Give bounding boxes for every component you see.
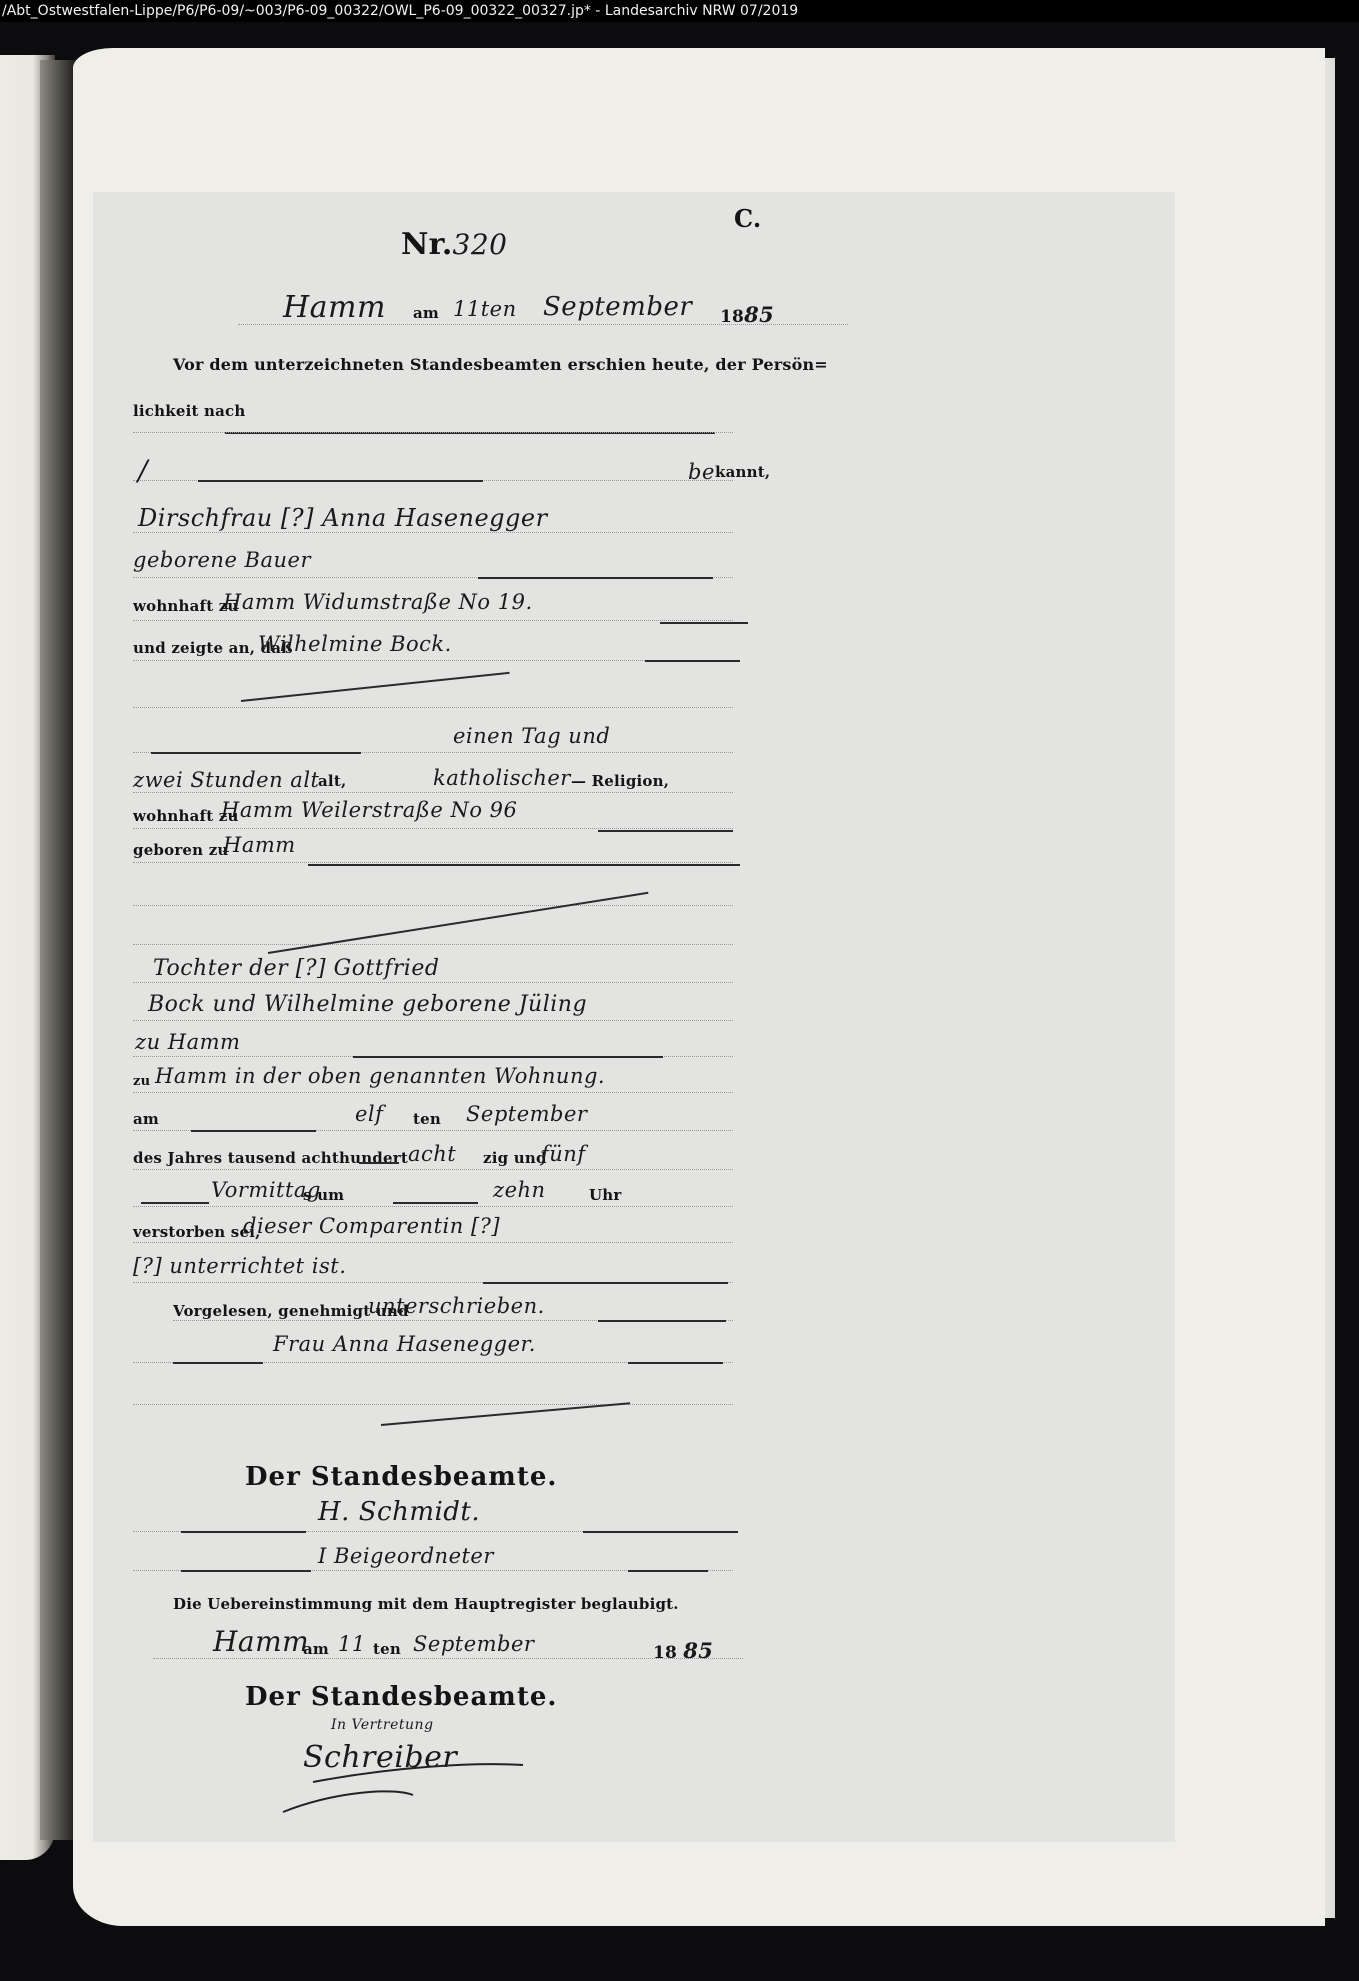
cert-day: 11 — [338, 1632, 366, 1656]
blank-rule — [141, 1202, 209, 1204]
religion-label: — Religion, — [571, 772, 669, 790]
registrar-title: I Beigeordneter — [318, 1544, 494, 1568]
window-title-bar: /Abt_Ostwestfalen-Lippe/P6/P6-09/~003/P6… — [0, 0, 1359, 22]
born-value: Hamm — [223, 833, 296, 857]
informant-line-2: geborene Bauer — [133, 548, 311, 572]
time-s-um: s um — [303, 1186, 344, 1204]
year-label: des Jahres tausend achthundert — [133, 1149, 408, 1167]
informant-signature: Frau Anna Hasenegger. — [273, 1332, 536, 1356]
blank-rule — [478, 577, 713, 579]
informant-line-1: Dirschfrau [?] Anna Hasenegger — [138, 504, 548, 532]
intro-line-2-label: lichkeit nach — [133, 402, 246, 420]
blank-rule — [393, 1202, 478, 1204]
cert-month: September — [413, 1632, 534, 1656]
dotted-line — [133, 792, 733, 793]
blank-rule — [151, 752, 361, 754]
date-month-hand: September — [466, 1102, 587, 1126]
blank-rule — [359, 1162, 399, 1164]
religion-hand: katholischer — [433, 766, 571, 790]
dotted-line — [133, 1242, 733, 1243]
record-number: Nr.320 — [401, 227, 507, 262]
blank-rule — [598, 1320, 726, 1322]
age-print: alt, — [318, 772, 346, 790]
dotted-line — [133, 1404, 733, 1405]
window-title: /Abt_Ostwestfalen-Lippe/P6/P6-09/~003/P6… — [2, 3, 798, 19]
am-label: am — [413, 304, 439, 322]
blank-rule — [645, 660, 740, 662]
dotted-line — [133, 660, 733, 661]
year-prefix: 18 — [720, 307, 744, 327]
place-of-death-value: Hamm in der oben genannten Wohnung. — [155, 1064, 605, 1088]
parents-line-2: Bock und Wilhelmine geborene Jüling — [148, 992, 587, 1017]
cert-year-hand: 85 — [683, 1638, 713, 1663]
dotted-line — [133, 532, 733, 533]
dotted-line — [133, 828, 733, 829]
dotted-line — [133, 982, 733, 983]
year-hand: 85 — [744, 302, 774, 327]
blank-rule — [483, 1282, 728, 1284]
read-hand: unterschrieben. — [368, 1294, 545, 1318]
time-hour-hand: zehn — [493, 1178, 546, 1202]
intro-line-1: Vor dem unterzeichneten Standesbeamten e… — [173, 355, 828, 374]
blank-rule — [583, 1531, 738, 1533]
date-am-label: am — [133, 1110, 159, 1128]
bekannt-hand: be — [688, 460, 715, 484]
cert-note: In Vertretung — [331, 1717, 434, 1733]
month-hand: September — [543, 292, 692, 322]
blank-rule — [198, 480, 483, 482]
registrar-heading: Der Standesbeamte. — [245, 1462, 557, 1492]
age-line-2: zwei Stunden alt — [133, 768, 319, 792]
signature-flourish-icon — [273, 1757, 533, 1817]
parents-line-1: Tochter der [?] Gottfried — [153, 956, 439, 981]
dotted-line — [133, 707, 733, 708]
blank-rule — [598, 830, 733, 832]
blank-rule — [173, 1362, 263, 1364]
registrar-signature: H. Schmidt. — [318, 1497, 480, 1527]
year-printed: 1885 — [720, 302, 774, 327]
dotted-line — [133, 1169, 733, 1170]
verstorben-hand-2: [?] unterrichtet ist. — [133, 1254, 346, 1278]
number-value: 320 — [453, 228, 508, 261]
residence-1-value: Hamm Widumstraße No 19. — [223, 590, 533, 614]
blank-rule — [353, 1056, 663, 1058]
dotted-line — [133, 862, 733, 863]
age-value: einen Tag und — [453, 724, 610, 748]
place-hand: Hamm — [283, 290, 386, 325]
year-zig-label: zig und — [483, 1149, 547, 1167]
year-hand-2: fünf — [541, 1142, 586, 1166]
section-letter: C. — [734, 204, 761, 233]
slash-mark: / — [138, 454, 148, 487]
cert-year-prefix: 18 — [653, 1643, 677, 1663]
book-gutter — [40, 60, 76, 1840]
year-hand-1: acht — [408, 1142, 456, 1166]
residence-2-value: Hamm Weilerstraße No 96 — [221, 798, 517, 822]
blank-rule — [660, 622, 748, 624]
uhr-label: Uhr — [589, 1186, 622, 1204]
parents-line-3: zu Hamm — [135, 1030, 240, 1054]
blank-rule — [181, 1531, 306, 1533]
bekannt-print: kannt, — [715, 463, 770, 481]
dotted-line — [133, 1020, 733, 1021]
cert-ten: ten — [373, 1640, 401, 1658]
dotted-line — [133, 1206, 733, 1207]
verstorben-label: verstorben sei, — [133, 1223, 261, 1241]
deceased-name: Wilhelmine Bock. — [258, 632, 452, 656]
verstorben-hand-1: dieser Comparentin [?] — [243, 1214, 500, 1238]
cert-am: am — [303, 1640, 329, 1658]
dotted-line — [133, 944, 733, 945]
number-label: Nr. — [401, 227, 453, 262]
date-ten-label: ten — [413, 1110, 441, 1128]
dotted-line — [133, 1092, 733, 1093]
strike-line — [241, 672, 510, 702]
blank-rule — [628, 1570, 708, 1572]
certification-text: Die Uebereinstimmung mit dem Hauptregist… — [173, 1595, 679, 1613]
dotted-line — [133, 905, 733, 906]
blank-rule — [181, 1570, 311, 1572]
strike-line — [381, 1402, 630, 1426]
blank-rule — [628, 1362, 723, 1364]
dotted-line — [133, 432, 733, 433]
blank-rule — [191, 1130, 316, 1132]
born-label: geboren zu — [133, 841, 229, 859]
cert-year: 18 85 — [653, 1638, 713, 1663]
dotted-line — [133, 620, 733, 621]
blank-rule — [308, 864, 740, 866]
place-of-death-label: zu — [133, 1074, 150, 1089]
cert-heading: Der Standesbeamte. — [245, 1682, 557, 1712]
day-hand: 11ten — [453, 297, 517, 321]
death-register-form: C. Nr.320 Hamm am 11ten September 1885 V… — [93, 192, 1175, 1842]
date-day-hand: elf — [355, 1102, 383, 1126]
cert-place: Hamm — [213, 1625, 309, 1658]
